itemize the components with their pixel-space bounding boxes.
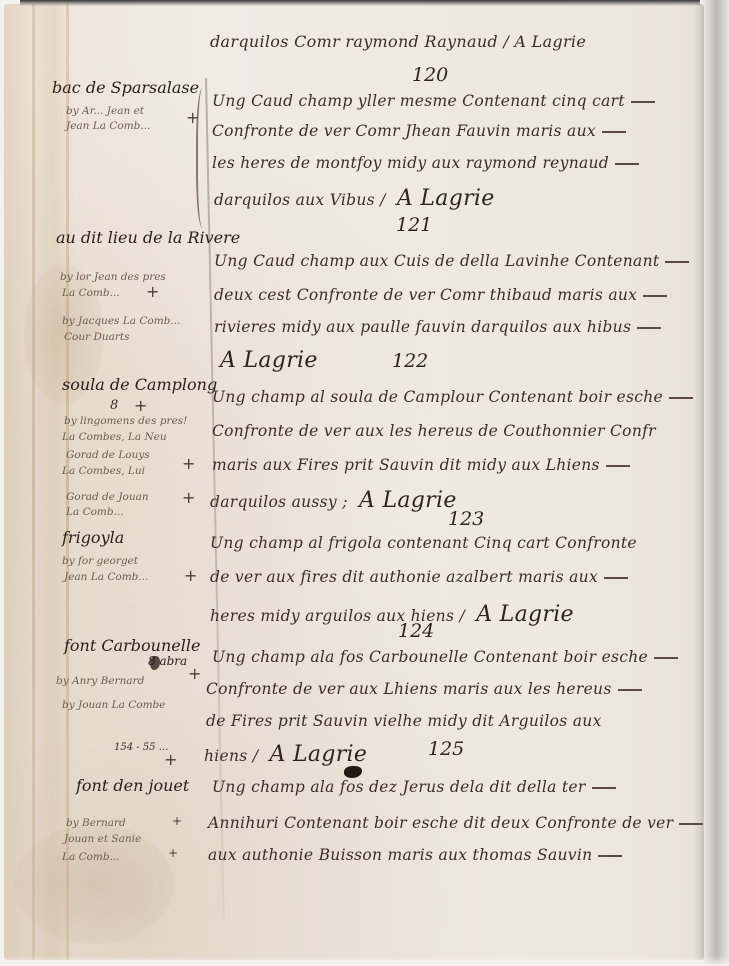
- margin-reference: 154 - 55 ...: [114, 740, 168, 755]
- margin-note: by for georget: [62, 554, 138, 569]
- margin-place-name: frigoyla: [62, 528, 124, 547]
- margin-note: La Comb...: [66, 505, 124, 520]
- page-bottom-edge: [0, 956, 729, 966]
- entry-line: heres midy arguilos aux hiens / A Lagrie: [210, 602, 574, 627]
- entry-number: 124: [398, 620, 434, 642]
- margin-note: La Comb...: [62, 286, 120, 301]
- entry-line: rivieres midy aux paulle fauvin darquilo…: [214, 318, 661, 336]
- brace-mark: [196, 88, 212, 228]
- entry-line: Confronte de ver Comr Jhean Fauvin maris…: [212, 122, 626, 140]
- place-stamp: A Lagrie: [270, 742, 368, 767]
- entry-number: 122: [392, 350, 428, 372]
- entry-line: darquilos aussy ; A Lagrie: [210, 488, 457, 513]
- cross-mark-icon: +: [172, 814, 182, 828]
- place-stamp: A Lagrie: [397, 186, 495, 211]
- margin-count: 8: [110, 398, 118, 413]
- margin-note: by Jacques La Comb...: [62, 314, 180, 329]
- entry-line: Ung champ ala fos dez Jerus dela dit del…: [212, 778, 616, 796]
- margin-place-name: bac de Sparsalase: [52, 78, 199, 97]
- scanned-manuscript: darquilos Comr raymond Raynaud / A Lagri…: [0, 0, 729, 966]
- cross-mark-icon: +: [182, 488, 195, 507]
- entry-line: les heres de montfoy midy aux raymond re…: [212, 154, 639, 172]
- entry-line: Ung Caud champ aux Cuis de della Lavinhe…: [214, 252, 689, 270]
- margin-note: Gorad de Jouan: [66, 490, 149, 505]
- margin-note: Jean La Comb...: [66, 119, 150, 134]
- entry-line: hiens / A Lagrie: [204, 742, 367, 767]
- page-edge-shadow: [701, 0, 729, 966]
- margin-note: Cour Duarts: [64, 330, 130, 345]
- entry-line: maris aux Fires prit Sauvin dit midy aux…: [212, 456, 630, 474]
- entry-line: A Lagrie: [214, 348, 318, 373]
- entry-line: Ung champ al soula de Camplour Contenant…: [212, 388, 693, 406]
- entry-number: 125: [428, 738, 464, 760]
- entry-line: de Fires prit Sauvin vielhe midy dit Arg…: [206, 712, 602, 730]
- binding-shadow: [20, 0, 700, 6]
- entry-number: 120: [412, 64, 448, 86]
- margin-note: Jouan et Sanie: [64, 832, 141, 847]
- entry-line: Ung champ ala fos Carbounelle Contenant …: [212, 648, 678, 666]
- entry-number: 121: [396, 214, 432, 236]
- margin-place-name: font Carbounelle: [64, 636, 200, 655]
- margin-note: by Anry Bernard: [56, 674, 144, 689]
- cross-mark-icon: +: [134, 396, 147, 415]
- cross-mark-icon: +: [168, 846, 178, 860]
- place-stamp: A Lagrie: [359, 488, 457, 513]
- cross-mark-icon: +: [188, 664, 201, 683]
- place-stamp: A Lagrie: [476, 602, 574, 627]
- cross-mark-icon: +: [184, 566, 197, 585]
- cross-mark-icon: +: [146, 282, 159, 301]
- margin-note: La Combes, Lui: [62, 464, 145, 479]
- entry-number: 123: [448, 508, 484, 530]
- entry-line: aux authonie Buisson maris aux thomas Sa…: [208, 846, 622, 864]
- margin-place-name: font den jouet: [76, 776, 189, 795]
- cross-mark-icon: +: [164, 750, 177, 769]
- entry-line: darquilos aux Vibus / A Lagrie: [214, 186, 495, 211]
- margin-note: by lingomens des pres!: [64, 414, 187, 429]
- entry-line: Annihuri Contenant boir esche dit deux C…: [208, 814, 703, 832]
- margin-note: by Ar... Jean et: [66, 104, 144, 119]
- entry-line: Ung champ al frigola contenant Cinq cart…: [210, 534, 637, 552]
- entry-line: Confronte de ver aux les hereus de Couth…: [212, 422, 656, 440]
- header-line: darquilos Comr raymond Raynaud / A Lagri…: [210, 32, 586, 51]
- margin-note: Gorad de Louys: [66, 448, 150, 463]
- margin-note: by Bernard: [66, 816, 126, 831]
- margin-note: La Comb...: [62, 850, 120, 865]
- cross-mark-icon: +: [182, 454, 195, 473]
- margin-note: Jean La Comb...: [64, 570, 148, 585]
- entry-line: deux cest Confronte de ver Comr thibaud …: [214, 286, 667, 304]
- margin-place-name: soula de Camplong: [62, 375, 217, 394]
- entry-line: de ver aux fires dit authonie azalbert m…: [210, 568, 628, 586]
- page-fold-line: [32, 4, 35, 960]
- margin-note: by Jouan La Combe: [62, 698, 165, 713]
- margin-note: La Combes, La Neu: [62, 430, 167, 445]
- place-stamp: A Lagrie: [220, 348, 318, 373]
- entry-line: Confronte de ver aux Lhiens maris aux le…: [206, 680, 642, 698]
- margin-place-name: au dit lieu de la Rivere: [56, 228, 240, 247]
- entry-line: Ung Caud champ yller mesme Contenant cin…: [212, 92, 655, 110]
